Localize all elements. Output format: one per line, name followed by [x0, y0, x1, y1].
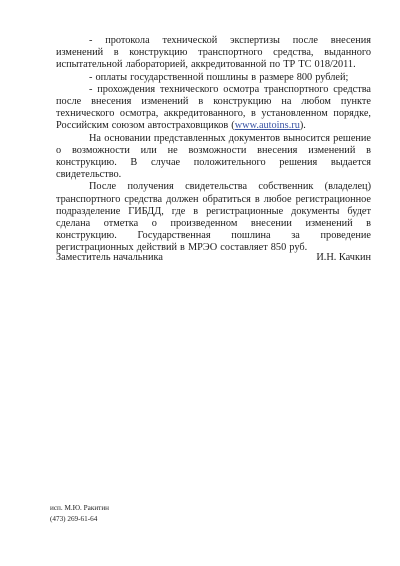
executor-footer: исп. М.Ю. Ракитин (473) 269-61-64: [50, 503, 109, 524]
signature-row: Заместитель начальника И.Н. Качкин: [56, 252, 371, 264]
signature-name: И.Н. Качкин: [316, 252, 371, 264]
inspection-text-before-link: - прохождения технического осмотра транс…: [56, 84, 371, 132]
inspection-text-after-link: ).: [300, 120, 306, 131]
paragraph-decision: На основании представленных документов в…: [56, 133, 371, 182]
executor-name: исп. М.Ю. Ракитин: [50, 503, 109, 514]
list-item-technical-inspection: - прохождения технического осмотра транс…: [56, 84, 371, 133]
document-page: - протокола технической экспертизы после…: [0, 0, 400, 566]
paragraph-registration: После получения свидетельства собственни…: [56, 181, 371, 254]
signature-position-label: Заместитель начальника: [56, 252, 163, 264]
document-body: - протокола технической экспертизы после…: [56, 35, 371, 255]
list-item-state-fee: - оплаты государственной пошлины в разме…: [56, 72, 371, 84]
autoins-link[interactable]: www.autoins.ru: [235, 120, 300, 131]
list-item-expertise-protocol: - протокола технической экспертизы после…: [56, 35, 371, 72]
executor-phone: (473) 269-61-64: [50, 514, 109, 525]
